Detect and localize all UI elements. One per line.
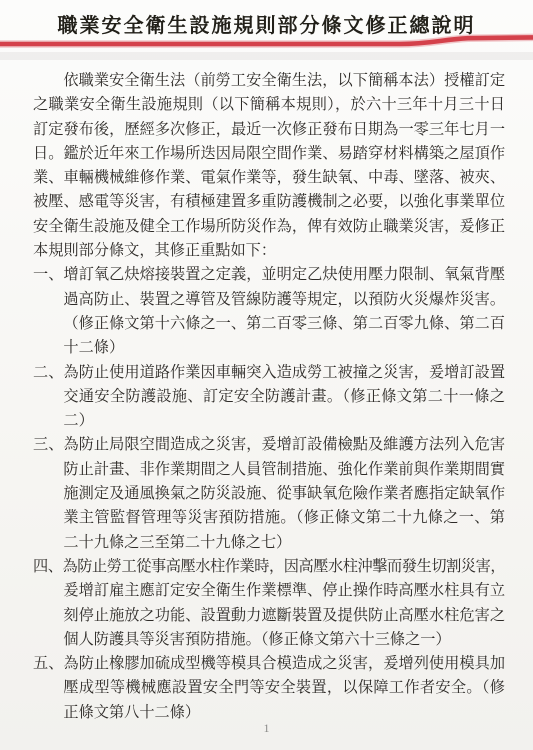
text-line: 壓成型等機械應設置安全門等安全裝置，以保障工作者安全。（修 [33, 676, 505, 700]
text-line: 業、車輛機械維修作業、電氣作業等，發生缺氧、中毒、墜落、被夾、 [33, 166, 505, 190]
text-line: 二、為防止使用道路作業因車輛突入造成勞工被撞之災害，爰增訂設置 [33, 361, 505, 385]
document-body: 依職業安全衛生法（前勞工安全衛生法，以下簡稱本法）授權訂定 之職業安全衛生設施規… [33, 69, 505, 725]
text-line: 二十九條之三至第二十九條之七） [33, 531, 505, 555]
intro-paragraph: 依職業安全衛生法（前勞工安全衛生法，以下簡稱本法）授權訂定 之職業安全衛生設施規… [33, 69, 505, 263]
text-line: 爰增訂雇主應訂定安全衛生作業標準、停止操作時高壓水柱具有立 [33, 579, 505, 603]
item-text: 增訂氧乙炔熔接裝置之定義，並明定乙炔使用壓力限制、氧氣背壓 [63, 266, 505, 283]
text-line: 本規則部分條文，其修正重點如下： [33, 239, 505, 263]
amendment-item-4: 四、為防止勞工從事高壓水柱作業時，因高壓水柱沖擊而發生切割災害， 爰增訂雇主應訂… [33, 555, 505, 652]
text-line: 被壓、感電等災害，有積極建置多重防護機制之必要，以強化事業單位 [33, 190, 505, 214]
item-number: 三、 [33, 436, 63, 453]
page-number: 1 [0, 721, 533, 736]
item-number: 二、 [33, 364, 63, 381]
text-line: 三、為防止局限空間造成之災害，爰增訂設備檢點及維護方法列入危害 [33, 433, 505, 457]
scan-artifact-band [0, 52, 533, 60]
item-text: 為防止局限空間造成之災害，爰增訂設備檢點及維護方法列入危害 [63, 436, 505, 453]
text-line: 個人防護具等災害預防措施。（修正條文第六十三條之一） [33, 628, 505, 652]
text-line: 四、為防止勞工從事高壓水柱作業時，因高壓水柱沖擊而發生切割災害， [33, 555, 505, 579]
page-title: 職業安全衛生設施規則部分條文修正總說明 [0, 9, 533, 38]
text-line: 日。鑑於近年來工作場所迭因局限空間作業、易踏穿材料構築之屋頂作 [33, 142, 505, 166]
amendment-item-2: 二、為防止使用道路作業因車輛突入造成勞工被撞之災害，爰增訂設置 交通安全防護設施… [33, 361, 505, 434]
amendment-item-5: 五、為防止橡膠加硫成型機等模具合模造成之災害，爰增列使用模具加 壓成型等機械應設… [33, 652, 505, 725]
document-page: 職業安全衛生設施規則部分條文修正總說明 依職業安全衛生法（前勞工安全衛生法，以下… [0, 0, 533, 750]
text-line: 過高防止、裝置之導管及管線防護等規定，以預防火災爆炸災害。 [33, 288, 505, 312]
text-line: 五、為防止橡膠加硫成型機等模具合模造成之災害，爰增列使用模具加 [33, 652, 505, 676]
amendment-item-1: 一、增訂氧乙炔熔接裝置之定義，並明定乙炔使用壓力限制、氧氣背壓 過高防止、裝置之… [33, 263, 505, 360]
item-number: 四、 [33, 558, 63, 575]
text-line: 依職業安全衛生法（前勞工安全衛生法，以下簡稱本法）授權訂定 [33, 69, 505, 93]
text-line: 刻停止施放之功能、設置動力遮斷裝置及提供防止高壓水柱危害之 [33, 604, 505, 628]
text-line: 十二條） [33, 336, 505, 360]
text-line: 之職業安全衛生設施規則（以下簡稱本規則），於六十三年十月三十日 [33, 93, 505, 117]
text-line: 安全衛生設施及健全工作場所防災作為，俾有效防止職業災害，爰修正 [33, 215, 505, 239]
text-line: 防止計畫、非作業期間之人員管制措施、強化作業前與作業期間實 [33, 458, 505, 482]
item-number: 一、 [33, 266, 63, 283]
text-line: 一、增訂氧乙炔熔接裝置之定義，並明定乙炔使用壓力限制、氧氣背壓 [33, 263, 505, 287]
text-line: 業主管監督管理等災害預防措施。（修正條文第二十九條之一、第 [33, 506, 505, 530]
amendment-item-3: 三、為防止局限空間造成之災害，爰增訂設備檢點及維護方法列入危害 防止計畫、非作業… [33, 433, 505, 554]
item-number: 五、 [33, 655, 63, 672]
item-text: 為防止勞工從事高壓水柱作業時，因高壓水柱沖擊而發生切割災害， [63, 558, 506, 575]
text-line: 二） [33, 409, 505, 433]
text-line: （修正條文第十六條之一、第二百零三條、第二百零九條、第二百 [33, 312, 505, 336]
text-line: 交通安全防護設施、訂定安全防護計畫。（修正條文第二十一條之 [33, 385, 505, 409]
text-line: 施測定及通風換氣之防災設施、從事缺氧危險作業者應指定缺氧作 [33, 482, 505, 506]
text-line: 訂定發布後，歷經多次修正，最近一次修正發布日期為一零三年七月一 [33, 118, 505, 142]
item-text: 為防止使用道路作業因車輛突入造成勞工被撞之災害，爰增訂設置 [63, 364, 505, 381]
item-text: 為防止橡膠加硫成型機等模具合模造成之災害，爰增列使用模具加 [63, 655, 505, 672]
